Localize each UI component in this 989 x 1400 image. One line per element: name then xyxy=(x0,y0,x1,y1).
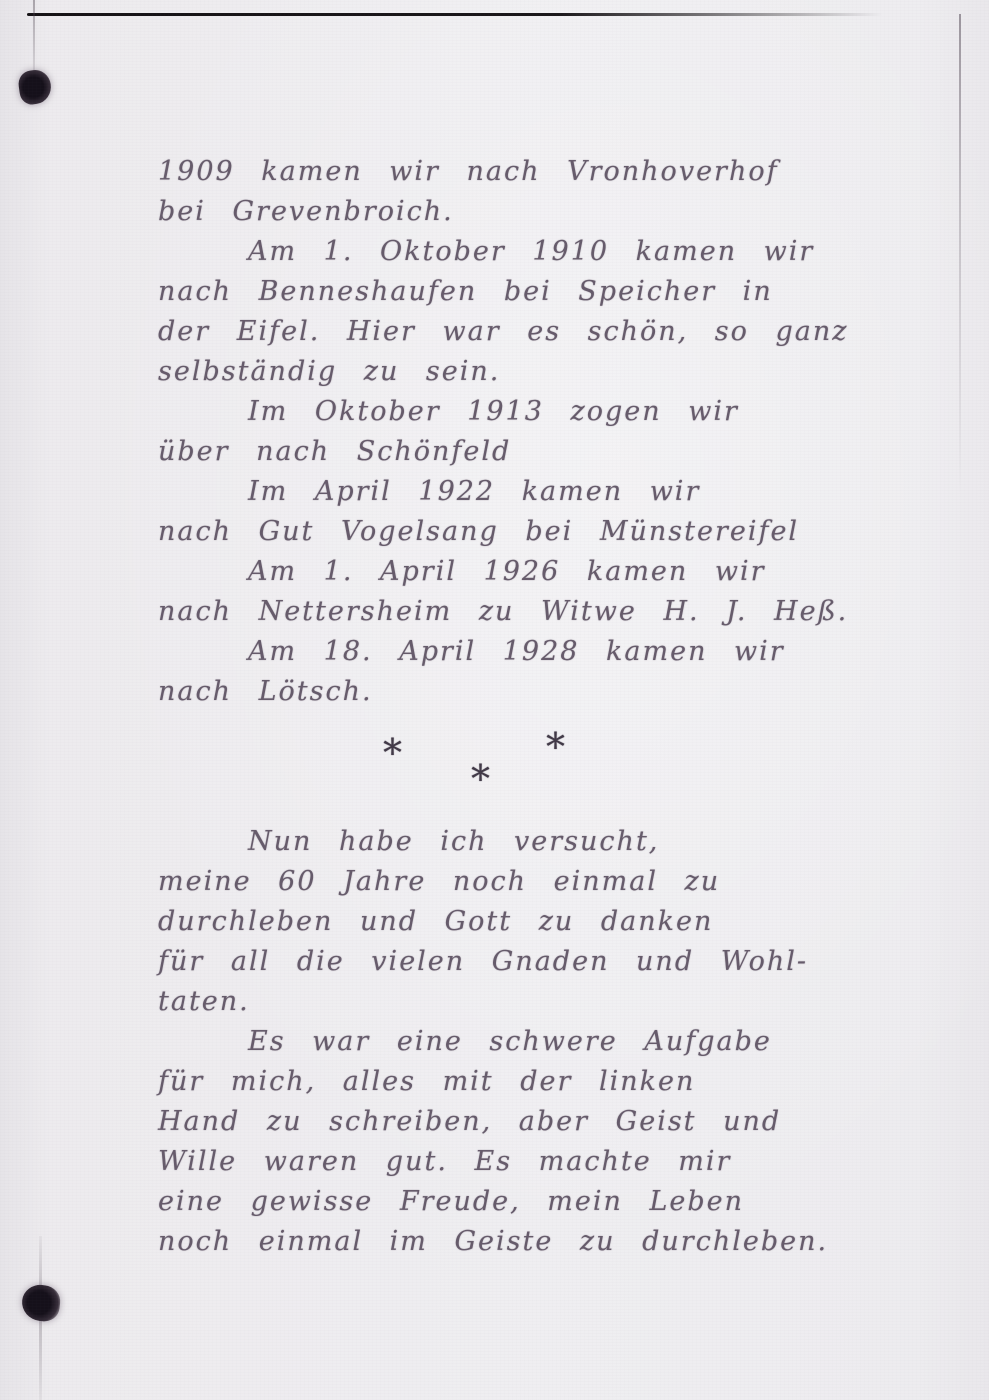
asterisk-separator-mark: * xyxy=(471,760,490,798)
asterisk-separator-mark: * xyxy=(383,734,402,772)
handwritten-line: noch einmal im Geiste zu durchleben. xyxy=(158,1222,864,1262)
handwritten-line: Hand zu schreiben, aber Geist und xyxy=(158,1102,864,1142)
handwritten-line: selbständig zu sein. xyxy=(158,352,864,392)
scan-edge-line-right xyxy=(959,14,961,494)
handwritten-line: Im Oktober 1913 zogen wir xyxy=(158,392,864,432)
handwritten-line: Wille waren gut. Es machte mir xyxy=(158,1142,864,1182)
handwritten-line: Am 1. April 1926 kamen wir xyxy=(158,552,864,592)
handwritten-line: Es war eine schwere Aufgabe xyxy=(158,1022,864,1062)
handwritten-line: Im April 1922 kamen wir xyxy=(158,472,864,512)
section-separator: *** xyxy=(158,712,864,822)
handwritten-line: nach Gut Vogelsang bei Münstereifel xyxy=(158,512,864,552)
handwritten-line: nach Nettersheim zu Witwe H. J. Heß. xyxy=(158,592,864,632)
handwritten-line: taten. xyxy=(158,982,864,1022)
paper-crease-top-left xyxy=(33,0,35,78)
scanned-page: 1909 kamen wir nach Vronhoverhofbei Grev… xyxy=(0,0,989,1400)
handwritten-line: bei Grevenbroich. xyxy=(158,192,864,232)
punch-hole-top xyxy=(17,68,53,106)
handwritten-line: nach Lötsch. xyxy=(158,672,864,712)
handwritten-line: nach Benneshaufen bei Speicher in xyxy=(158,272,864,312)
handwritten-line: über nach Schönfeld xyxy=(158,432,864,472)
handwritten-line: eine gewisse Freude, mein Leben xyxy=(158,1182,864,1222)
handwritten-line: für all die vielen Gnaden und Wohl- xyxy=(158,942,864,982)
punch-hole-bottom xyxy=(20,1283,62,1323)
asterisk-separator-mark: * xyxy=(546,728,565,766)
handwritten-line: Nun habe ich versucht, xyxy=(158,822,864,862)
handwritten-line: meine 60 Jahre noch einmal zu xyxy=(158,862,864,902)
handwritten-line: für mich, alles mit der linken xyxy=(158,1062,864,1102)
handwritten-line: Am 18. April 1928 kamen wir xyxy=(158,632,864,672)
handwritten-line: durchleben und Gott zu danken xyxy=(158,902,864,942)
handwritten-line: der Eifel. Hier war es schön, so ganz xyxy=(158,312,864,352)
handwritten-text: 1909 kamen wir nach Vronhoverhofbei Grev… xyxy=(158,152,864,1262)
handwritten-line: 1909 kamen wir nach Vronhoverhof xyxy=(158,152,864,192)
handwritten-line: Am 1. Oktober 1910 kamen wir xyxy=(158,232,864,272)
scan-edge-line-top xyxy=(27,13,883,16)
